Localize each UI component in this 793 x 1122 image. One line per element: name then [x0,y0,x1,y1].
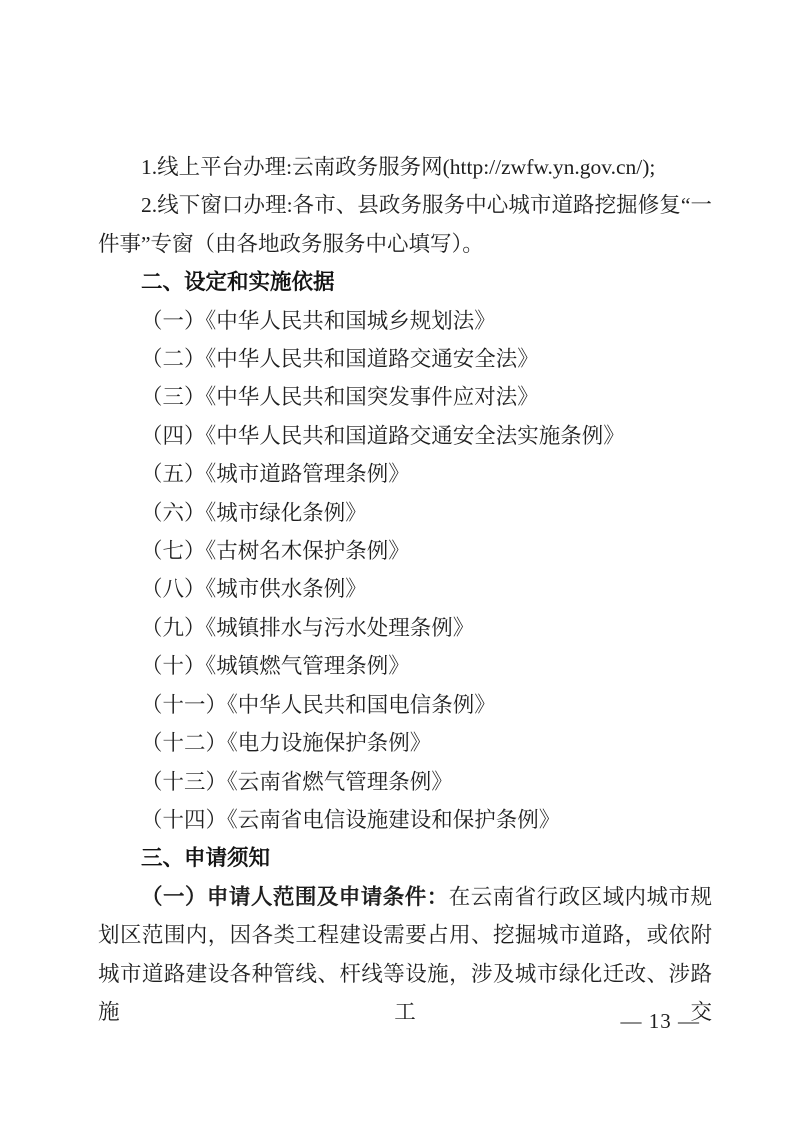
legal-basis-item-5: （五）《城市道路管理条例》 [98,455,712,493]
page-number: — 13 — [621,1007,701,1035]
section-3-heading: 三、申请须知 [98,839,712,877]
intro-paragraph-offline: 2.线下窗口办理:各市、县政务服务中心城市道路挖掘修复“一件事”专窗（由各地政务… [98,186,712,263]
legal-basis-item-7: （七）《古树名木保护条例》 [98,532,712,570]
legal-basis-item-13: （十三）《云南省燃气管理条例》 [98,763,712,801]
legal-basis-item-3: （三）《中华人民共和国突发事件应对法》 [98,378,712,416]
intro-paragraph-online: 1.线上平台办理:云南政务服务网(http://zwfw.yn.gov.cn/)… [98,148,712,186]
legal-basis-item-1: （一）《中华人民共和国城乡规划法》 [98,302,712,340]
legal-basis-item-2: （二）《中华人民共和国道路交通安全法》 [98,340,712,378]
legal-basis-item-14: （十四）《云南省电信设施建设和保护条例》 [98,801,712,839]
legal-basis-item-8: （八）《城市供水条例》 [98,570,712,608]
document-page: 1.线上平台办理:云南政务服务网(http://zwfw.yn.gov.cn/)… [0,0,793,1122]
document-content: 1.线上平台办理:云南政务服务网(http://zwfw.yn.gov.cn/)… [98,148,712,1031]
legal-basis-item-6: （六）《城市绿化条例》 [98,494,712,532]
applicant-scope-lead: （一）申请人范围及申请条件： [141,885,449,909]
legal-basis-item-9: （九）《城镇排水与污水处理条例》 [98,609,712,647]
legal-basis-item-10: （十）《城镇燃气管理条例》 [98,647,712,685]
legal-basis-item-12: （十二）《电力设施保护条例》 [98,724,712,762]
section-2-heading: 二、设定和实施依据 [98,263,712,301]
legal-basis-item-11: （十一）《中华人民共和国电信条例》 [98,686,712,724]
legal-basis-item-4: （四）《中华人民共和国道路交通安全法实施条例》 [98,417,712,455]
